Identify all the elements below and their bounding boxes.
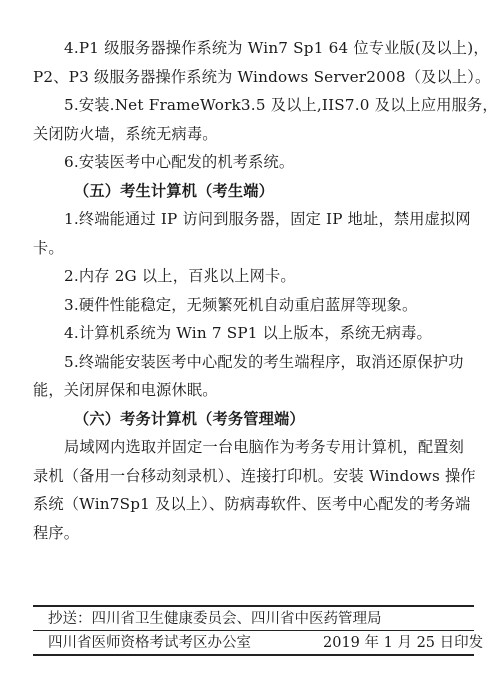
section-heading: （六）考务计算机（考务管理端） [74, 409, 493, 429]
paragraph-line: 卡。 [33, 238, 465, 258]
paragraph-line: 1.终端能通过 IP 访问到服务器，固定 IP 地址，禁用虚拟网 [64, 209, 465, 229]
paragraph-line: 能，关闭屏保和电源休眠。 [33, 380, 465, 400]
paragraph-line: 系统（Win7Sp1 及以上）、防病毒软件、医考中心配发的考务端 [33, 494, 465, 514]
paragraph-line: 程序。 [33, 523, 465, 543]
paragraph-line: 局域网内选取并固定一台电脑作为考务专用计算机，配置刻 [64, 437, 465, 457]
paragraph-line: 6.安装医考中心配发的机考系统。 [64, 152, 465, 172]
paragraph-line: 5.安装.Net FrameWork3.5 及以上,IIS7.0 及以上应用服务… [64, 95, 465, 115]
paragraph-line: P2、P3 级服务器操作系统为 Windows Server2008（及以上）。 [33, 67, 465, 87]
issuer: 四川省医师资格考试考区办公室 [48, 634, 251, 652]
footer-rule-bottom [33, 654, 474, 656]
paragraph-line: 2.内存 2G 以上，百兆以上网卡。 [64, 266, 465, 286]
footer-rule-middle [33, 630, 474, 631]
paragraph-line: 5.终端能安装医考中心配发的考生端程序，取消还原保护功 [64, 352, 465, 372]
document-page: 4.P1 级服务器操作系统为 Win7 Sp1 64 位专业版(及以上)， P2… [0, 0, 493, 676]
paragraph-line: 4.计算机系统为 Win 7 SP1 以上版本，系统无病毒。 [64, 323, 465, 343]
cc-line: 抄送：四川省卫生健康委员会、四川省中医药管理局 [48, 610, 382, 628]
paragraph-line: 4.P1 级服务器操作系统为 Win7 Sp1 64 位专业版(及以上)， [64, 38, 465, 58]
paragraph-line: 3.硬件性能稳定，无频繁死机自动重启蓝屏等现象。 [64, 295, 465, 315]
issue-date: 2019 年 1 月 25 日印发 [323, 634, 483, 652]
paragraph-line: 关闭防火墙，系统无病毒。 [33, 124, 465, 144]
paragraph-line: 录机（备用一台移动刻录机）、连接打印机。安装 Windows 操作 [33, 466, 465, 486]
footer-rule-top [33, 605, 474, 607]
section-heading: （五）考生计算机（考生端） [74, 181, 493, 201]
